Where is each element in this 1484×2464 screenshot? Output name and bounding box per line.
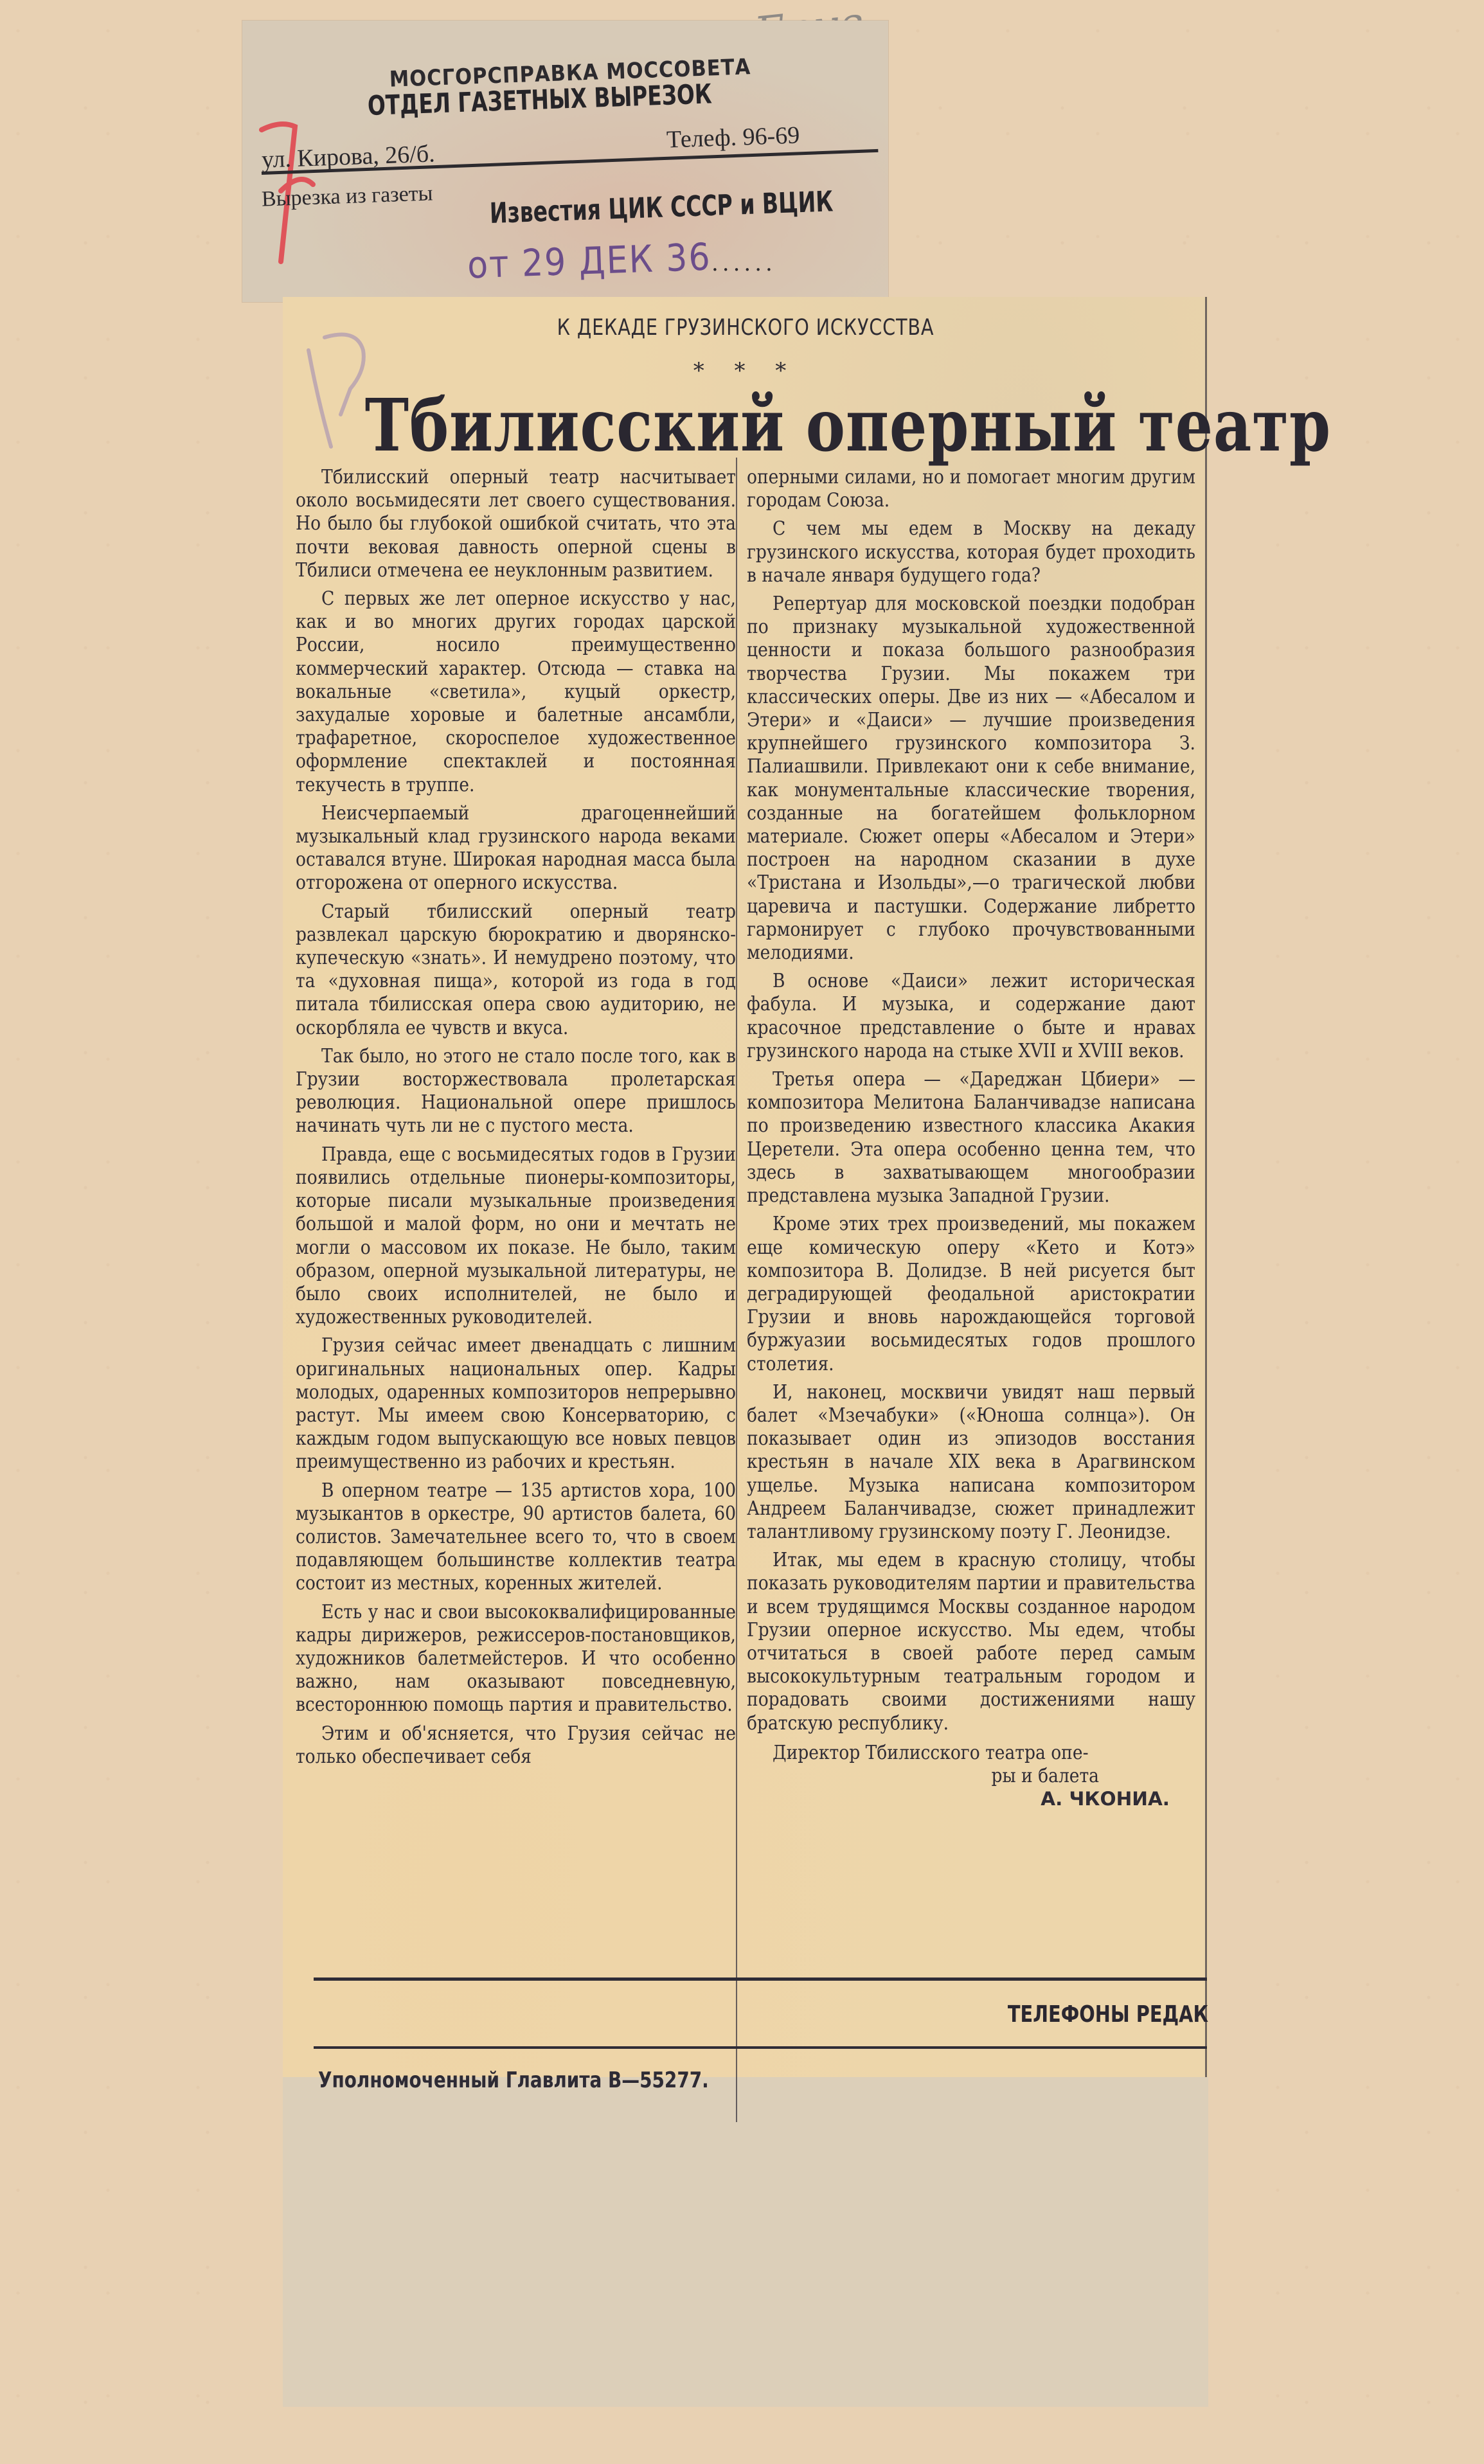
newspaper-clipping: К ДЕКАДЕ ГРУЗИНСКОГО ИСКУССТВА * * * Тби… bbox=[283, 297, 1208, 2077]
article-column-left: Тбилисский оперный театр насчитывает око… bbox=[296, 465, 736, 1773]
paragraph: Кроме этих трех произведений, мы покажем… bbox=[747, 1212, 1195, 1375]
date-dots: ...... bbox=[711, 251, 776, 276]
paragraph: Правда, еще с восьмидесятых годов в Груз… bbox=[296, 1143, 736, 1329]
paragraph: Этим и об'ясняется, что Грузия сейчас не… bbox=[296, 1722, 736, 1768]
paragraph: Итак, мы едем в красную столицу, чтобы п… bbox=[747, 1548, 1195, 1735]
article-rubric: К ДЕКАДЕ ГРУЗИНСКОГО ИСКУССТВА bbox=[366, 315, 1125, 341]
paragraph: Репертуар для московской поездки подобра… bbox=[747, 592, 1195, 964]
paragraph: И, наконец, москвичи увидят наш первый б… bbox=[747, 1380, 1195, 1543]
article-headline: Тбилисский оперный театр bbox=[365, 384, 1113, 468]
date-stamp: от 29 ДЕК 36 bbox=[467, 235, 712, 287]
signature-author: А. ЧКОНИА. bbox=[747, 1787, 1195, 1810]
article-signature: Директор Тбилисского театра опе- ры и ба… bbox=[747, 1741, 1195, 1811]
cut-from-label: Вырезка из газеты bbox=[261, 181, 433, 211]
clipping-lower-margin bbox=[283, 2057, 1208, 2407]
signature-title-cont: ры и балета bbox=[747, 1764, 1195, 1787]
paragraph: Неисчерпаемый драгоценнейший музыкальный… bbox=[296, 801, 736, 895]
paragraph: Грузия сейчас имеет двенадцать с лишним … bbox=[296, 1334, 736, 1473]
violet-pencil-mark-icon bbox=[305, 325, 382, 453]
clipping-border bbox=[1205, 297, 1207, 2077]
paragraph: оперными силами, но и помогает многим др… bbox=[747, 465, 1195, 512]
paragraph: Есть у нас и свои высококвалифицированны… bbox=[296, 1600, 736, 1717]
agency-phone: Телеф. 96-69 bbox=[666, 121, 800, 154]
article-column-right: оперными силами, но и помогает многим др… bbox=[747, 465, 1195, 1810]
paragraph: С первых же лет оперное искусство у нас,… bbox=[296, 587, 736, 796]
paragraph: Третья опера — «Дареджан Цбиери» — компо… bbox=[747, 1067, 1195, 1207]
paragraph: Тбилисский оперный театр насчитывает око… bbox=[296, 465, 736, 582]
footer-rule bbox=[314, 1977, 1207, 1981]
censor-line: Уполномоченный Главлита В—55277. bbox=[318, 2067, 709, 2093]
signature-title: Директор Тбилисского театра опе- bbox=[747, 1741, 1195, 1764]
paragraph: В основе «Даиси» лежит историческая фабу… bbox=[747, 969, 1195, 1062]
paragraph: В оперном театре — 135 артистов хора, 10… bbox=[296, 1479, 736, 1595]
paragraph: С чем мы едем в Москву на декаду грузинс… bbox=[747, 517, 1195, 587]
newspaper-name: Известия ЦИК СССР и ВЦИК bbox=[489, 185, 834, 230]
column-rule bbox=[736, 458, 737, 2122]
footer-rule bbox=[314, 2046, 1207, 2049]
ornament-stars: * * * bbox=[283, 358, 1208, 384]
clipping-agency-slip: МОСГОРСПРАВКА МОССОВЕТА ОТДЕЛ ГАЗЕТНЫХ В… bbox=[242, 21, 888, 302]
paragraph: Старый тбилисский оперный театр развлека… bbox=[296, 900, 736, 1039]
paragraph: Так было, но этого не стало после того, … bbox=[296, 1044, 736, 1138]
editorial-phones-label: ТЕЛЕФОНЫ РЕДАК bbox=[1003, 2001, 1208, 2028]
